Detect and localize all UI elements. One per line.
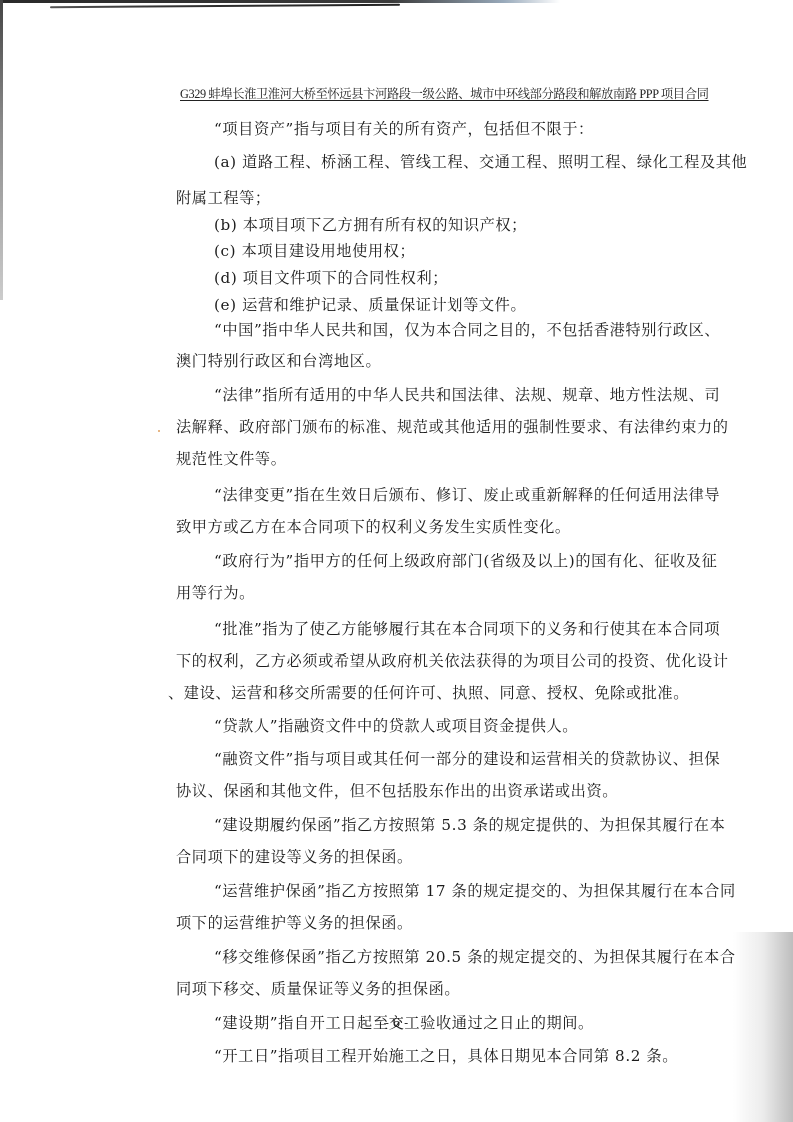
list-item-e: (e) 运营和维护记录、质量保证计划等文件。	[214, 294, 526, 315]
list-item-a: (a) 道路工程、桥涵工程、管线工程、交通工程、照明工程、绿化工程及其他	[214, 151, 747, 172]
definition-financing-documents: “融资文件”指与项目或其任何一部分的建设和运营相关的贷款协议、担保	[214, 748, 720, 769]
running-header: G329 蚌埠长淮卫淮河大桥至怀远县卞河路段一级公路、城市中环线部分路段和解放南…	[180, 84, 682, 102]
text-line: 附属工程等；	[176, 187, 271, 208]
text-line: 同项下移交、质量保证等义务的担保函。	[176, 978, 460, 999]
definition-om-bond: “运营维护保函”指乙方按照第 17 条的规定提交的、为担保其履行在本合同	[214, 880, 736, 901]
text-line: 澳门特别行政区和台湾地区。	[176, 350, 381, 371]
text-line: “项目资产”指与项目有关的所有资产，包括但不限于：	[214, 118, 594, 139]
definition-commencement-date: “开工日”指项目工程开始施工之日，具体日期见本合同第 8.2 条。	[214, 1045, 678, 1066]
definition-government-action: “政府行为”指甲方的任何上级政府部门(省级及以上)的国有化、征收及征	[214, 550, 717, 571]
scan-edge-curl	[50, 4, 400, 8]
definition-change-in-law: “法律变更”指在生效日后颁布、修订、废止或重新解释的任何适用法律导	[214, 484, 720, 505]
definition-approval: “批准”指为了使乙方能够履行其在本合同项下的义务和行使其在本合同项	[214, 618, 720, 639]
list-item-d: (d) 项目文件项下的合同性权利；	[214, 267, 448, 288]
text-line: 合同项下的建设等义务的担保函。	[176, 846, 413, 867]
definition-construction-bond: “建设期履约保函”指乙方按照第 5.3 条的规定提供的、为担保其履行在本	[214, 814, 725, 835]
page-number: - 6 -	[0, 1016, 793, 1030]
text-line: 项下的运营维护等义务的担保函。	[176, 912, 413, 933]
list-item-b: (b) 本项目项下乙方拥有所有权的知识产权；	[214, 214, 527, 235]
text-line: 规范性文件等。	[176, 448, 287, 469]
list-item-c: (c) 本项目建设用地使用权；	[214, 240, 415, 261]
definition-lender: “贷款人”指融资文件中的贷款人或项目资金提供人。	[214, 715, 578, 736]
text-line: 下的权利，乙方必须或希望从政府机关依法获得的为项目公司的投资、优化设计	[176, 650, 729, 671]
text-line: 、建设、运营和移交所需要的任何许可、执照、同意、授权、免除或批准。	[168, 682, 689, 703]
definition-china: “中国”指中华人民共和国，仅为本合同之目的，不包括香港特别行政区、	[214, 319, 720, 340]
scan-edge-top	[0, 0, 560, 3]
definition-law: “法律”指所有适用的中华人民共和国法律、法规、规章、地方性法规、司	[214, 384, 720, 405]
text-line: 协议、保函和其他文件，但不包括股东作出的出资承诺或出资。	[176, 780, 618, 801]
scan-speck	[158, 430, 160, 432]
scan-edge-left	[0, 0, 3, 300]
definition-handover-bond: “移交维修保函”指乙方按照第 20.5 条的规定提交的、为担保其履行在本合	[214, 946, 736, 967]
text-line: 致甲方或乙方在本合同项下的权利义务发生实质性变化。	[176, 516, 571, 537]
text-line: 用等行为。	[176, 582, 255, 603]
text-line: 法解释、政府部门颁布的标准、规范或其他适用的强制性要求、有法律约束力的	[176, 416, 729, 437]
